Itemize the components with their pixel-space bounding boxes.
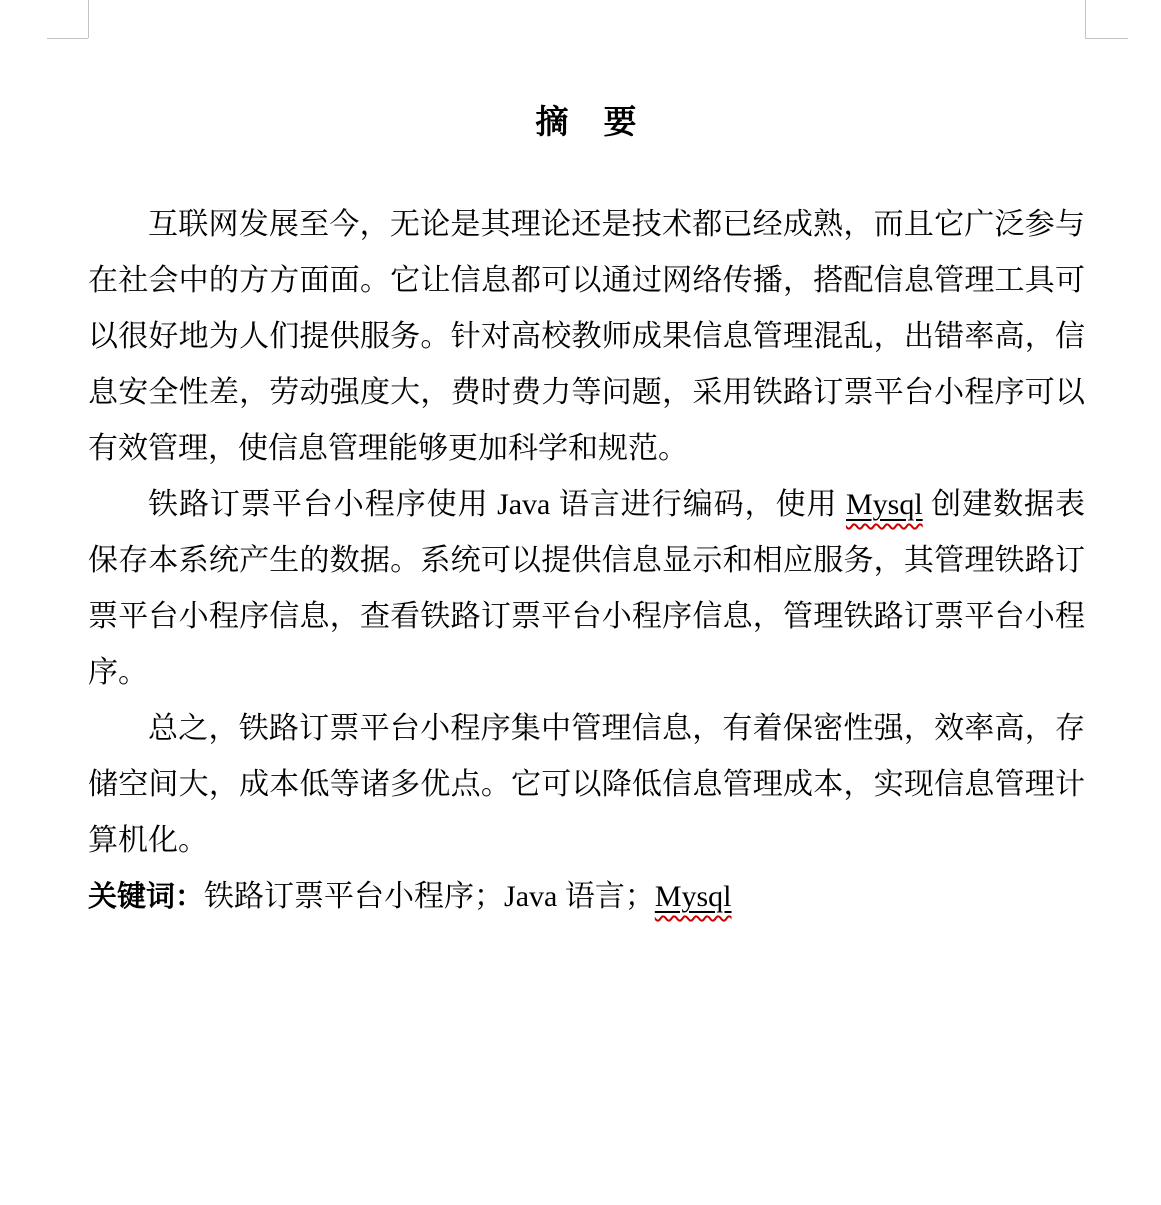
text-run: 总之，铁路订票平台小程序集中管理信息，有着保密性强，效率高，存储空间大，成本低等… bbox=[88, 712, 1085, 857]
text-run: 互联网发展至今，无论是其理论还是技术都已经成熟，而且它广泛参与在社会中的方方面面… bbox=[88, 208, 1085, 465]
crop-mark-top-right-horizontal bbox=[1085, 38, 1128, 39]
crop-mark-top-left-horizontal bbox=[47, 38, 88, 39]
spellcheck-underlined-word: Mysql bbox=[846, 488, 923, 521]
document-body: 互联网发展至今，无论是其理论还是技术都已经成熟，而且它广泛参与在社会中的方方面面… bbox=[88, 197, 1085, 925]
page-title: 摘 要 bbox=[88, 93, 1085, 153]
document-page: 摘 要 互联网发展至今，无论是其理论还是技术都已经成熟，而且它广泛参与在社会中的… bbox=[0, 0, 1161, 1205]
paragraph: 互联网发展至今，无论是其理论还是技术都已经成熟，而且它广泛参与在社会中的方方面面… bbox=[88, 197, 1085, 477]
underlined-text: Mysql bbox=[846, 488, 923, 521]
paragraph: 铁路订票平台小程序使用 Java 语言进行编码，使用 Mysql 创建数据表保存… bbox=[88, 477, 1085, 701]
text-run: 铁路订票平台小程序；Java 语言； bbox=[204, 880, 655, 913]
document-content: 摘 要 互联网发展至今，无论是其理论还是技术都已经成熟，而且它广泛参与在社会中的… bbox=[88, 0, 1085, 925]
crop-mark-top-right-vertical bbox=[1085, 0, 1086, 38]
spellcheck-underlined-word: Mysql bbox=[655, 880, 732, 913]
keywords-label: 关键词： bbox=[88, 881, 204, 913]
keywords-line: 关键词：铁路订票平台小程序；Java 语言；Mysql bbox=[88, 869, 1085, 925]
paragraph: 总之，铁路订票平台小程序集中管理信息，有着保密性强，效率高，存储空间大，成本低等… bbox=[88, 701, 1085, 869]
underlined-text: Mysql bbox=[655, 880, 732, 913]
text-run: 铁路订票平台小程序使用 Java 语言进行编码，使用 bbox=[148, 488, 846, 521]
